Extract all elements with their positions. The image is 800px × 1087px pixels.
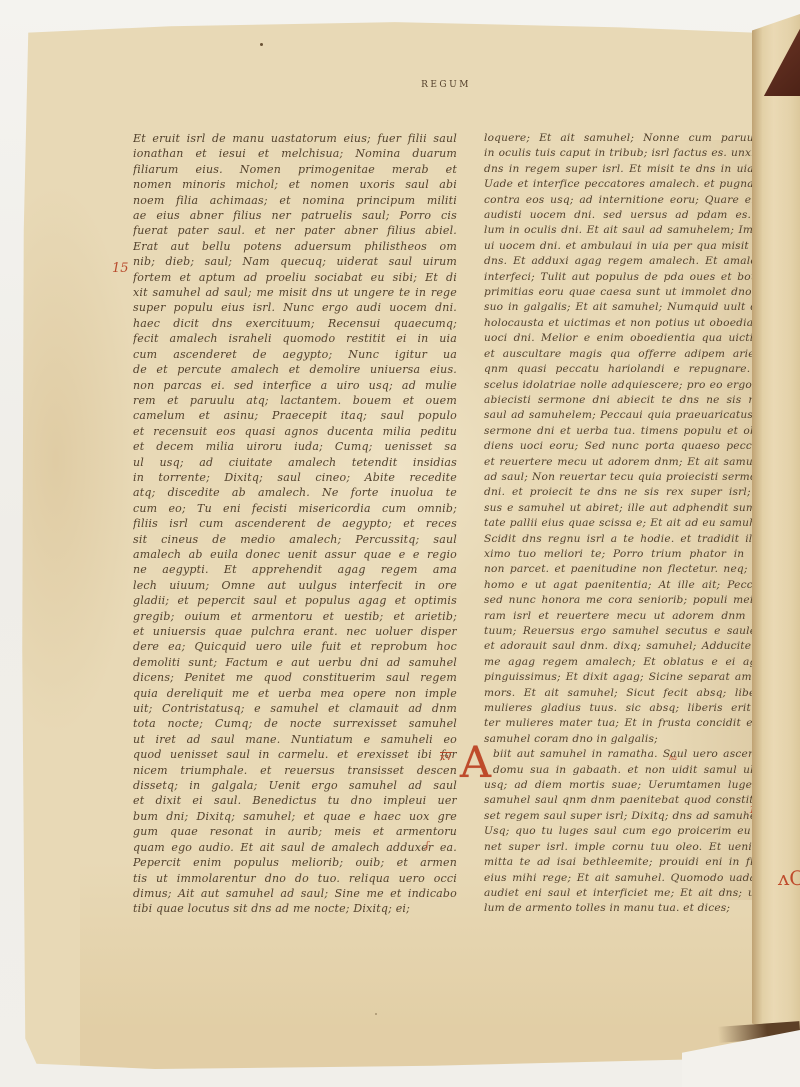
text-line: quod uenisset saul in carmelu. et erexis… (133, 747, 457, 762)
text-line: abiecisti sermone dni abiecit te dns ne … (484, 393, 770, 408)
text-line: Uade et interfice peccatores amalech. et… (484, 177, 770, 192)
text-line: non parcas ei. sed interfice a uiro usq;… (133, 378, 457, 393)
text-line: non parcet. et paenitudine non flectetur… (484, 562, 770, 577)
chapter-mark-xv: xv (440, 753, 452, 763)
text-line: audisti uocem dni. sed uersus ad pdam es… (484, 208, 770, 223)
text-line: et adorauit saul dnm. dixq; samuhel; Add… (484, 639, 770, 654)
text-line: Usq; quo tu luges saul cum ego proicerim… (484, 824, 770, 839)
text-line: nib; dieb; saul; Nam quecuq; uiderat sau… (133, 254, 457, 269)
text-line: ram isrl et reuertere mecu ut adorem dnm… (484, 609, 770, 624)
text-line: et dixit ei saul. Benedictus tu dno impl… (133, 793, 457, 808)
text-line: et reuertere mecu ut adorem dnm; Et ait … (484, 455, 770, 470)
text-line: Scidit dns regnu isrl a te hodie. et tra… (484, 532, 770, 547)
ink-speck (375, 1013, 377, 1015)
text-line: Et eruit isrl de manu uastatorum eius; f… (133, 131, 457, 146)
text-line: quia dereliquit me et uerba mea opere no… (133, 686, 457, 701)
text-line: audiet eni saul et interficiet me; Et ai… (484, 886, 770, 901)
text-line: saul ad samuhelem; Peccaui quia praeuari… (484, 408, 770, 423)
text-line: net super isrl. imple cornu tuu oleo. Et… (484, 840, 770, 855)
text-line: set regem saul super isrl; Dixitq; dns a… (484, 809, 770, 824)
text-line: suo in galgalis; Et ait samuhel; Numquid… (484, 300, 770, 315)
text-line: quam ego audio. Et ait saul de amalech a… (133, 840, 457, 855)
text-line: cum eo; Tu eni fecisti misericordia cum … (133, 501, 457, 516)
text-line: holocausta et uictimas et non potius ut … (484, 316, 770, 331)
text-line: ut iret ad saul mane. Nuntiatum e samuhe… (133, 732, 457, 747)
text-line: loquere; Et ait samuhel; Nonne cum paruu… (484, 131, 770, 146)
text-line: lech uiuum; Omne aut uulgus interfecit i… (133, 578, 457, 593)
text-line: et recensuit eos quasi agnos ducenta mil… (133, 424, 457, 439)
text-column-left: Et eruit isrl de manu uastatorum eius; f… (133, 131, 457, 917)
text-line: samuhel coram dno in galgalis; (484, 732, 770, 747)
text-line: demoliti sunt; Factum e aut uerbu dni ad… (133, 655, 457, 670)
text-line: sed nunc honora me cora seniorib; populi… (484, 593, 770, 608)
text-line: sermone dni et uerba tua. timens populu … (484, 424, 770, 439)
text-line: mitta te ad isai bethleemite; prouidi en… (484, 855, 770, 870)
text-line: nomen minoris michol; et nomen uxoris sa… (133, 177, 457, 192)
text-line: camelum et asinu; Praecepit itaq; saul p… (133, 408, 457, 423)
text-line: eius mihi rege; Et ait samuhel. Quomodo … (484, 871, 770, 886)
text-line: in torrente; Dixitq; saul cineo; Abite r… (133, 470, 457, 485)
text-line: diens uoci eoru; Sed nunc porta quaeso p… (484, 439, 770, 454)
text-line: rem et paruulu atq; lactantem. bouem et … (133, 393, 457, 408)
text-line: me agag regem amalech; Et oblatus e ei a… (484, 655, 770, 670)
correction-mark: ʃ (426, 841, 428, 851)
text-line: bum dni; Dixitq; samuhel; et quae e haec… (133, 809, 457, 824)
chapter-number-15: 15 (112, 261, 129, 276)
text-line: tis ut immolarentur dno do tuo. reliqua … (133, 871, 457, 886)
text-line: dere ea; Quicquid uero uile fuit et repr… (133, 639, 457, 654)
interlinear-note: ha (669, 754, 677, 762)
text-line: gum quae resonat in aurib; meis et armen… (133, 824, 457, 839)
text-line: pinguissimus; Et dixit agag; Sicine sepa… (484, 670, 770, 685)
text-line: uoci dni. Melior e enim oboedientia qua … (484, 331, 770, 346)
text-line: dimus; Ait aut samuhel ad saul; Sine me … (133, 886, 457, 901)
text-line: lum in oculis dni. Et ait saul ad samuhe… (484, 223, 770, 238)
text-column-right: loquere; Et ait samuhel; Nonne cum paruu… (484, 131, 770, 917)
text-line: lum de armento tolles in manu tua. et di… (484, 901, 770, 916)
text-line: samuhel saul qnm dnm paenitebat quod con… (484, 793, 770, 808)
text-line: et uniuersis quae pulchra erant. nec uol… (133, 624, 457, 639)
text-line: interfeci; Tulit aut populus de pda oues… (484, 270, 770, 285)
text-line: super populu eius isrl. Nunc ergo audi u… (133, 300, 457, 315)
text-line: homo e ut agat paenitentia; At ille ait;… (484, 578, 770, 593)
red-initial-fragment: ʌC (778, 868, 800, 914)
text-line: ul usq; ad ciuitate amalech tetendit ins… (133, 455, 457, 470)
chapter-number-16: 16 (749, 805, 762, 816)
text-line: uit; Contristatusq; e samuhel et clamaui… (133, 701, 457, 716)
text-line: biit aut samuhel in ramatha. Saul uero a… (484, 747, 770, 762)
text-line: dni. et proiecit te dns ne sis rex super… (484, 485, 770, 500)
text-line: gregib; ouium et armentoru et uestib; et… (133, 609, 457, 624)
text-line: tate pallii eius quae scissa e; Et ait a… (484, 516, 770, 531)
text-line: scelus idolatriae nolle adquiescere; pro… (484, 378, 770, 393)
text-line: ad saul; Non reuertar tecu quia proiecis… (484, 470, 770, 485)
text-line: noem filia achimaas; et nomina principum… (133, 193, 457, 208)
text-line: xit samuhel ad saul; me misit dns ut ung… (133, 285, 457, 300)
text-line: ui uocem dni. et ambulaui in uia per qua… (484, 239, 770, 254)
photo-background: REGUM Et eruit isrl de manu uastatorum e… (0, 0, 800, 1087)
text-line: cum ascenderet de aegypto; Nunc igitur u… (133, 347, 457, 362)
text-line: primitias eoru quae caesa sunt ut immole… (484, 285, 770, 300)
text-line: qnm quasi peccatu hariolandi e repugnare… (484, 362, 770, 377)
text-line: fecit amalech israheli quomodo restitit … (133, 331, 457, 346)
text-line: ne aegypti. Et apprehendit agag regem am… (133, 562, 457, 577)
text-line: nicem triumphale. et reuersus transisset… (133, 763, 457, 778)
text-line: dicens; Penitet me quod constituerim sau… (133, 670, 457, 685)
text-line: amalech ab euila donec uenit assur quae … (133, 547, 457, 562)
text-line: tibi quae locutus sit dns ad me nocte; D… (133, 901, 457, 916)
text-line: et decem milia uiroru iuda; Cumq; ueniss… (133, 439, 457, 454)
text-line: domu sua in gabaath. et non uidit samul … (484, 763, 770, 778)
text-line: dissetq; in galgala; Uenit ergo samuhel … (133, 778, 457, 793)
text-line: tuum; Reuersus ergo samuhel secutus e sa… (484, 624, 770, 639)
text-line: sit cineus de medio amalech; Percussitq;… (133, 532, 457, 547)
text-line: atq; discedite ab amalech. Ne forte inuo… (133, 485, 457, 500)
ink-speck (260, 43, 263, 46)
running-title: REGUM (398, 80, 494, 90)
text-line: haec dicit dns exercituum; Recensui quae… (133, 316, 457, 331)
text-line: Pepercit enim populus meliorib; ouib; et… (133, 855, 457, 870)
text-line: mulieres gladius tuus. sic absq; liberis… (484, 701, 770, 716)
text-line: ae eius abner filius ner patruelis saul;… (133, 208, 457, 223)
text-line: usq; ad diem mortis suae; Uerumtamen lug… (484, 778, 770, 793)
text-line: fuerat pater saul. et ner pater abner fi… (133, 223, 457, 238)
text-line: ximo tuo meliori te; Porro trium phator … (484, 547, 770, 562)
text-line: fortem et aptum ad proeliu sociabat eu s… (133, 270, 457, 285)
text-line: ionathan et iesui et melchisua; Nomina d… (133, 146, 457, 161)
text-line: ter mulieres mater tua; Et in frusta con… (484, 716, 770, 731)
text-line: contra eos usq; ad internitione eoru; Qu… (484, 193, 770, 208)
text-line: tota nocte; Cumq; de nocte surrexisset s… (133, 716, 457, 731)
text-line: et auscultare magis qua offerre adipem a… (484, 347, 770, 362)
text-line: in oculis tuis caput in tribub; isrl fac… (484, 146, 770, 161)
text-line: de et percute amalech et demolire uniuer… (133, 362, 457, 377)
text-line: dns in regem super isrl. Et misit te dns… (484, 162, 770, 177)
text-line: Erat aut bellu potens aduersum philisthe… (133, 239, 457, 254)
rubricated-initial-a: A (460, 742, 491, 785)
text-line: mors. Et ait samuhel; Sicut fecit absq; … (484, 686, 770, 701)
text-line: filiarum eius. Nomen primogenitae merab … (133, 162, 457, 177)
text-line: gladii; et pepercit saul et populus agag… (133, 593, 457, 608)
text-line: dns. Et adduxi agag regem amalech. Et am… (484, 254, 770, 269)
text-line: sus e samuhel ut abiret; ille aut adphen… (484, 501, 770, 516)
text-line: filiis isrl cum ascenderent de aegypto; … (133, 516, 457, 531)
